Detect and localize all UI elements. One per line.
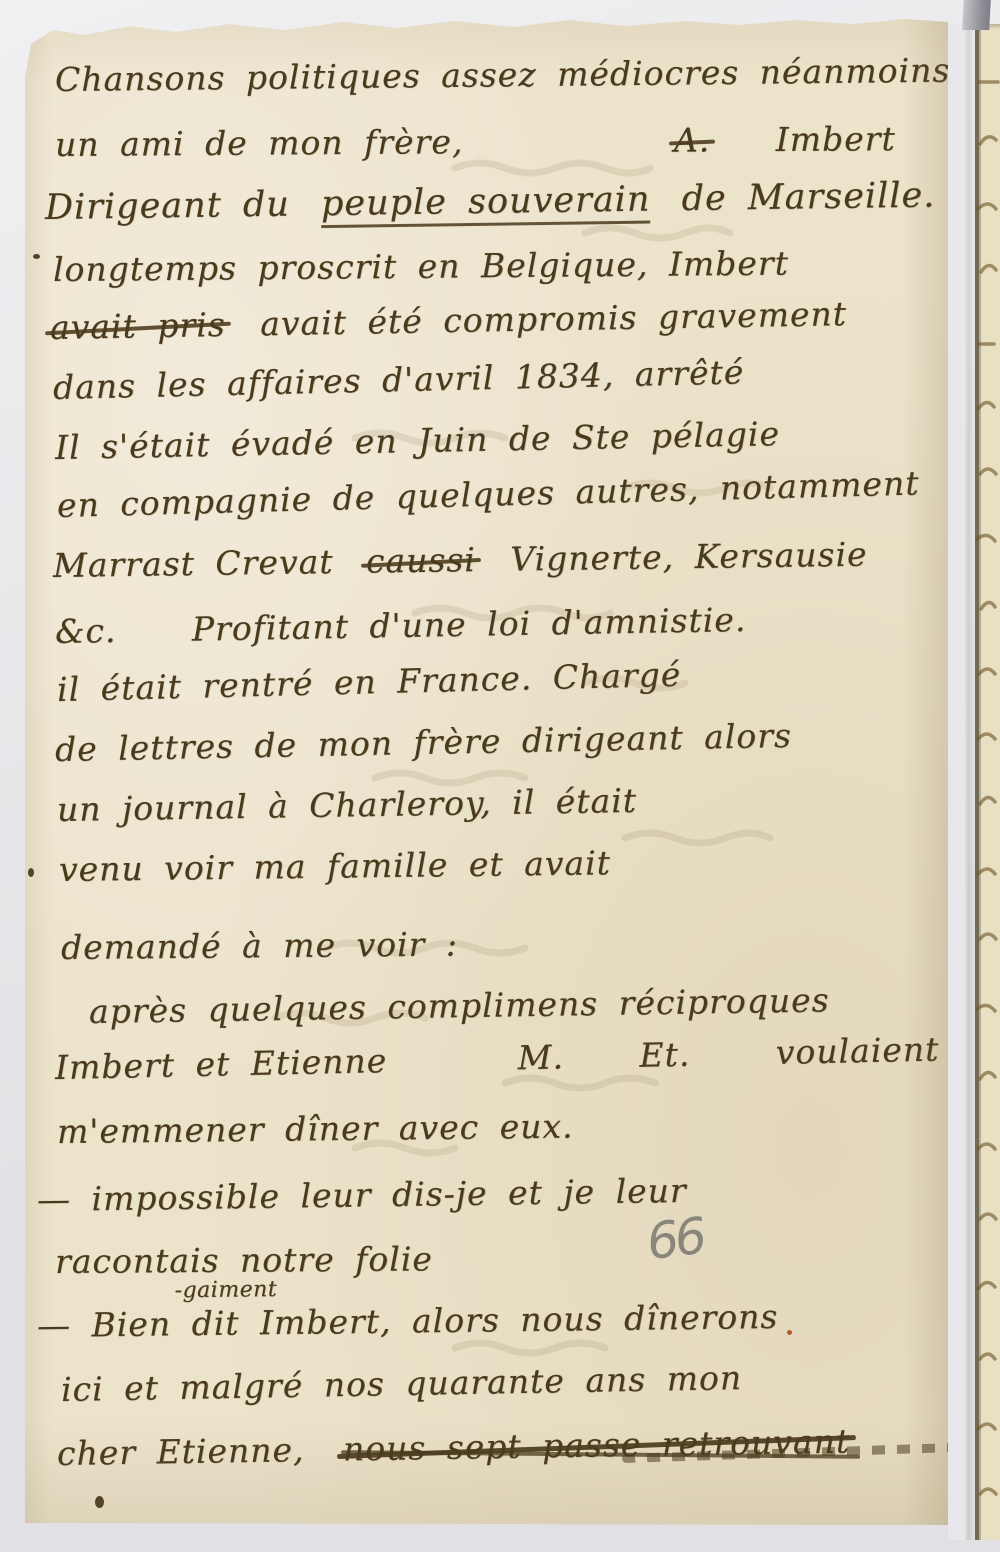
pencil-page-number: 66 [644,1207,706,1271]
struck-text: A. [674,120,711,159]
manuscript-page: Chansons politiques assez médiocres néan… [25,18,948,1525]
line-text: il était rentré en France. Chargé [57,655,682,709]
line-text: Dirigeant du [45,185,290,228]
manuscript-line: m'emmener dîner avec eux. [57,1107,574,1151]
line-text: venu voir ma famille et avait [59,843,611,889]
line-text: Et. [639,1035,691,1075]
manuscript-line: longtemps proscrit en Belgique, Imbert [53,244,789,289]
manuscript-line: Marrast Crevat caussi Vignerte, Kersausi… [53,535,868,585]
ink-speck [33,254,40,259]
line-text: Il s'était évadé en Juin de Ste pélagie [55,414,781,467]
manuscript-line: cher Etienne, nous sept passe retrouvant [57,1422,851,1473]
manuscript-line: demandé à me voir : [61,925,458,967]
manuscript-line: après quelques complimens réciproques [89,980,830,1031]
line-text: — Bien dit Imbert, alors nous dînerons [37,1297,779,1345]
second-page-ink-fragments [975,24,1000,1540]
manuscript-line: il était rentré en France. Chargé [57,655,682,709]
line-text: cher Etienne, [57,1430,305,1473]
struck-text: nous sept passe retrouvant [343,1422,851,1469]
manuscript-line: Chansons politiques assez médiocres néan… [55,51,951,99]
struck-text: caussi [366,540,476,581]
page-gutter-shadow [948,24,975,1540]
manuscript-line: dans les affaires d'avril 1834, arrêté [53,352,745,407]
manuscript-line: — impossible leur dis-je et je leur [37,1171,687,1219]
line-text: Marrast Crevat [53,542,334,585]
line-text: en compagnie de quelques autres, notamme… [56,463,919,525]
line-text: de lettres de mon frère dirigeant alors [55,716,793,769]
line-text: un journal à Charleroy, il était [57,781,638,829]
line-text: m'emmener dîner avec eux. [57,1107,574,1151]
manuscript-line: en compagnie de quelques autres, notamme… [56,463,919,525]
line-text: Imbert [776,119,896,159]
manuscript-scan: Chansons politiques assez médiocres néan… [0,0,1000,1552]
line-text: Profitant d'une loi d'amnistie. [191,600,746,649]
line-text: &c. [55,611,117,651]
manuscript-line: Il s'était évadé en Juin de Ste pélagie [55,414,781,467]
red-speck [787,1330,792,1335]
manuscript-line: avait pris avait été compromis gravement [50,294,848,347]
manuscript-line: -gaiment — Bien dit Imbert, alors nous d… [37,1297,779,1345]
line-text: un ami de mon frère, [55,122,464,164]
struck-text: avait pris [50,305,226,347]
manuscript-line: Dirigeant du peuple souverain de Marseil… [45,176,936,232]
verso-show-through-marks [25,18,948,1525]
manuscript-line: un ami de mon frère, A. Imbert [55,119,896,164]
ink-speck [95,1496,104,1508]
line-text: demandé à me voir : [61,925,458,967]
manuscript-line: ici et malgré nos quarante ans mon [61,1358,743,1409]
manuscript-line: venu voir ma famille et avait [59,843,611,889]
second-page-edge [975,24,1000,1540]
line-text: avait été compromis gravement [260,294,847,343]
mounting-clip [962,0,991,30]
ink-speck [28,868,34,877]
line-text: — impossible leur dis-je et je leur [37,1171,687,1219]
line-text: ici et malgré nos quarante ans mon [61,1358,743,1409]
underlined-text: peuple souverain [321,180,651,229]
line-text: après quelques complimens réciproques [89,980,830,1031]
line-text: dans les affaires d'avril 1834, arrêté [53,352,745,407]
manuscript-line: un journal à Charleroy, il était [57,781,638,829]
line-text: voulaient [775,1029,939,1071]
line-text: racontais notre folie [55,1239,433,1281]
line-text: de Marseille. [681,176,935,220]
line-text: longtemps proscrit en Belgique, Imbert [53,244,789,289]
manuscript-line: &c. Profitant d'une loi d'amnistie. [55,600,747,651]
manuscript-line: Imbert et Etienne M. Et. voulaient [55,1029,940,1087]
line-text: Vignerte, Kersausie [510,535,868,579]
manuscript-line: racontais notre folie [55,1239,433,1281]
interlinear-insertion: -gaiment [174,1277,277,1303]
line-text: Chansons politiques assez médiocres néan… [55,51,951,99]
line-text: Imbert et Etienne [55,1041,388,1087]
line-text: M. [517,1037,564,1077]
manuscript-line: de lettres de mon frère dirigeant alors [55,716,793,769]
